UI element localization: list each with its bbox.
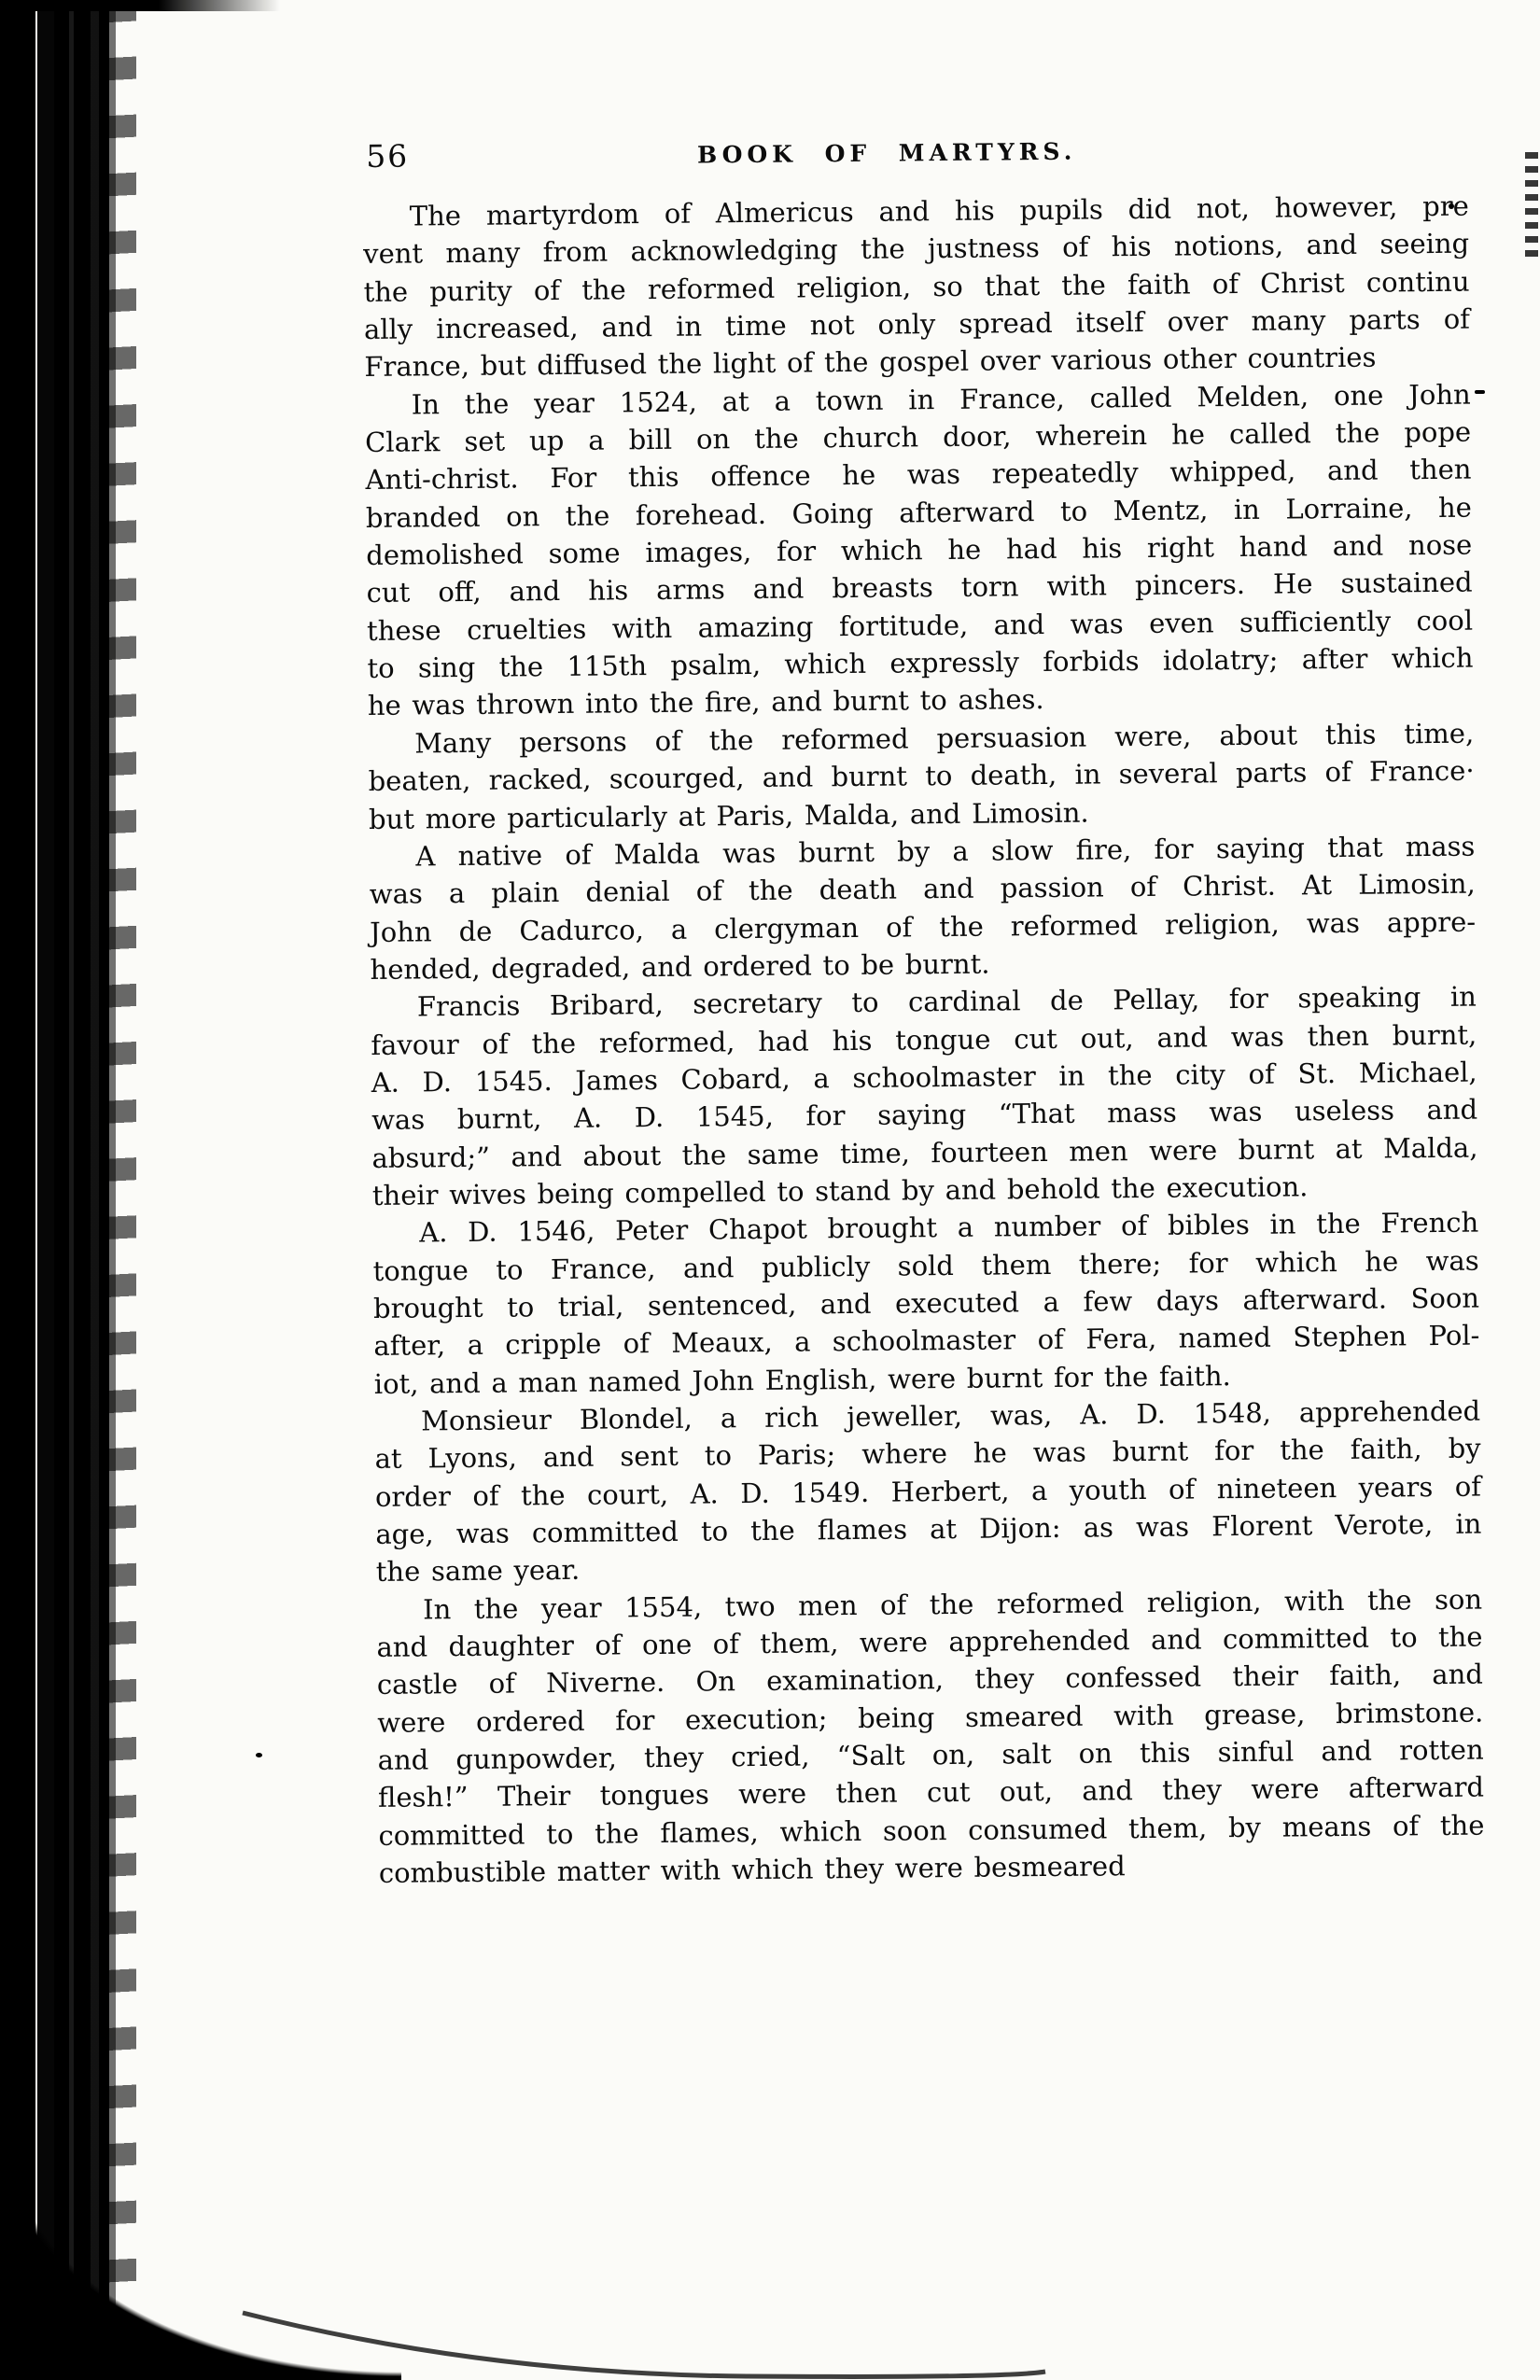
page-content: 56 BOOK OF MARTYRS. The martyrdom of Alm… bbox=[362, 126, 1468, 136]
scanned-book-page: 56 BOOK OF MARTYRS. The martyrdom of Alm… bbox=[0, 0, 1540, 2380]
page-number: 56 bbox=[366, 138, 409, 175]
scan-edge-left-artifact bbox=[0, 0, 123, 2380]
ink-speck bbox=[1449, 203, 1454, 209]
ink-speck bbox=[1475, 390, 1485, 394]
scan-edge-jagged-artifact bbox=[108, 0, 136, 2380]
running-header: BOOK OF MARTYRS. bbox=[697, 138, 1077, 169]
page-curl-bottom-left-artifact bbox=[0, 2147, 401, 2380]
body-text: The martyrdom of Almericus and his pupil… bbox=[363, 188, 1485, 1893]
scan-edge-top-artifact bbox=[0, 0, 280, 11]
scan-edge-right-marks-artifact bbox=[1525, 149, 1538, 257]
ink-speck bbox=[256, 1753, 262, 1757]
